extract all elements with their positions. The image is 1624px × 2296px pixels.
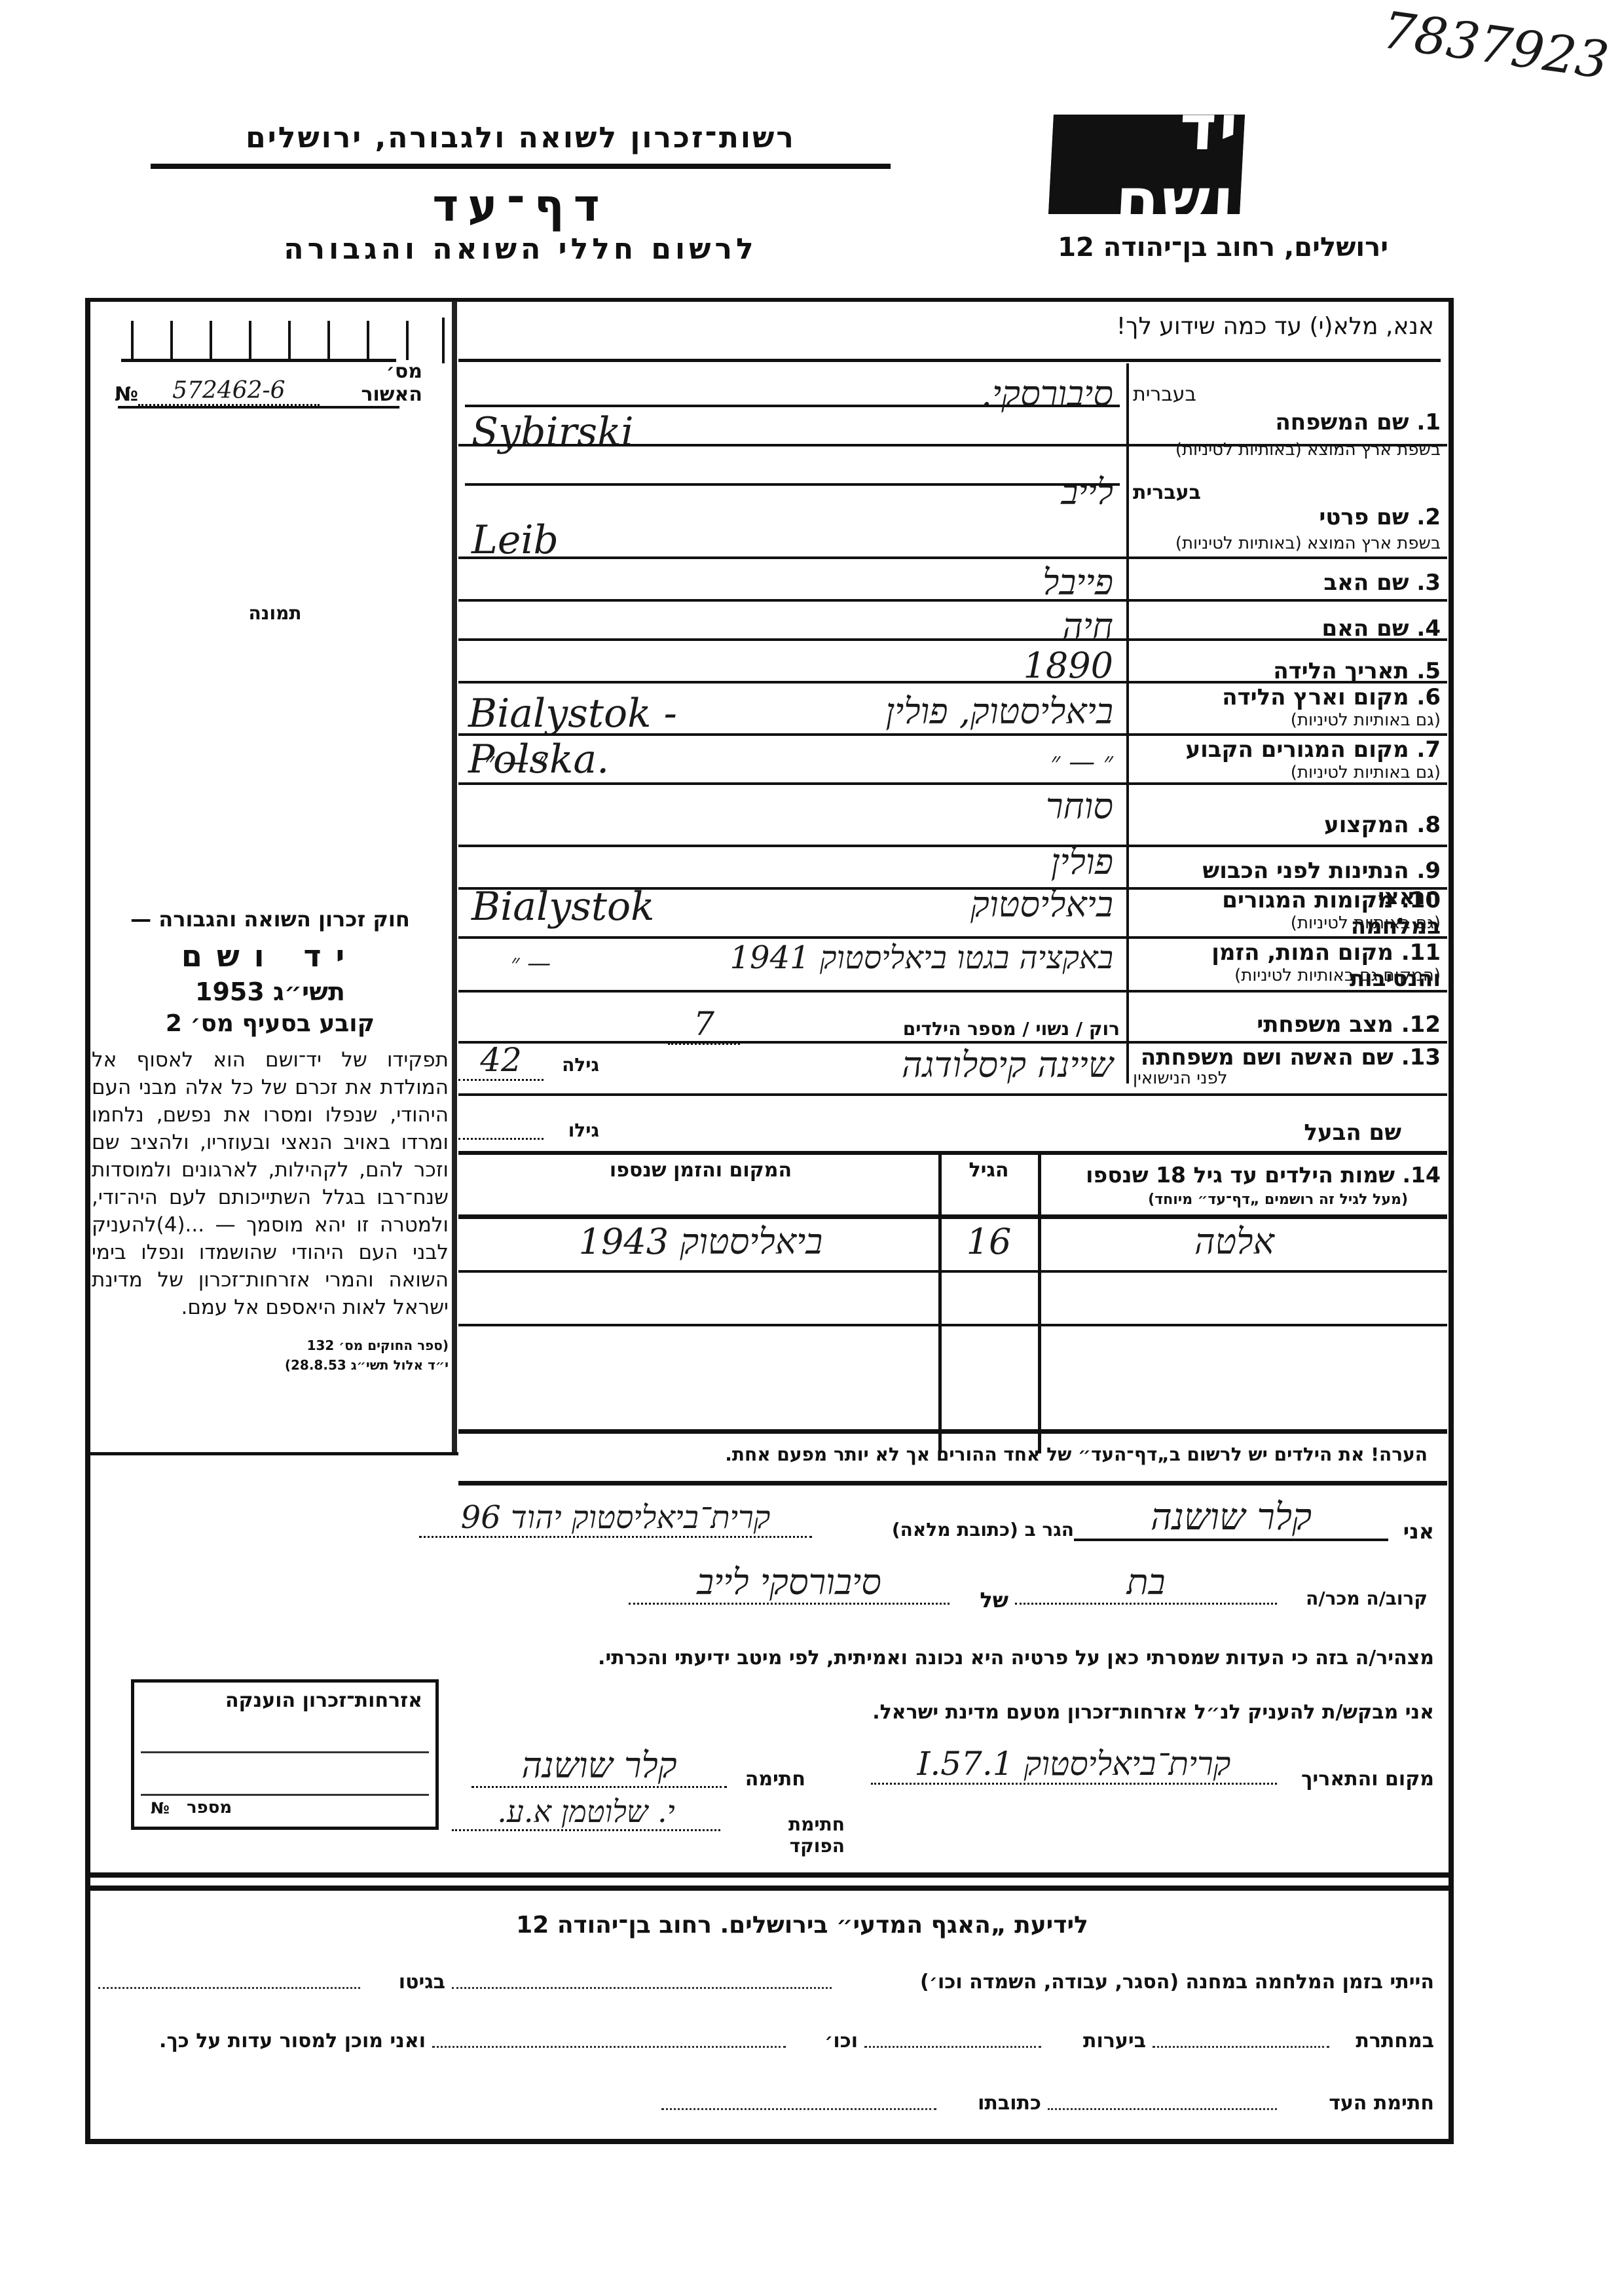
label-column-divider xyxy=(1126,363,1129,1084)
child-age-field[interactable]: 16 xyxy=(943,1221,1035,1262)
field-label-wife-name: 13. שם האשה ושם משפחתה xyxy=(1136,1044,1441,1070)
field-sub-death-place: (המקום גם באותיות לטיניות) xyxy=(1133,966,1441,985)
yad-vashem-logo: יד ושם xyxy=(1048,115,1245,214)
divider xyxy=(458,1041,1447,1044)
place-date-label: מקום והתאריך xyxy=(1283,1768,1434,1791)
child-name-field[interactable] xyxy=(1048,1329,1421,1381)
declarant-address-field[interactable]: קרית־ביאליסטוק יהוד 96 xyxy=(419,1499,812,1538)
divider xyxy=(458,733,1447,736)
death-place-field[interactable]: באקציה בגטו ביאליסטוק 1941 xyxy=(576,939,1113,976)
approval-number-field[interactable]: 572462-6 xyxy=(138,377,319,406)
relative-of-field[interactable]: סיבורסקי לייב xyxy=(629,1561,950,1605)
field-label-birth-place: 6. מקום וארץ הלידה xyxy=(1136,684,1441,710)
divider xyxy=(458,936,1447,939)
column-divider xyxy=(1038,1152,1041,1453)
tick-mark xyxy=(442,318,445,363)
other-field[interactable] xyxy=(432,2046,786,2048)
divider xyxy=(141,1751,429,1753)
approval-divider xyxy=(118,406,399,409)
section-divider xyxy=(88,1872,1450,1878)
form-title: דף־עד xyxy=(151,180,891,232)
field-sub-residence: (גם באותיות לטיניות) xyxy=(1133,763,1441,782)
divider xyxy=(458,990,1447,993)
children-label: 14. שמות הילדים עד גיל 18 שנספו xyxy=(1041,1162,1441,1188)
ghetto-label: בגיטו xyxy=(367,1971,445,1994)
hebrew-tag: בעברית xyxy=(1133,481,1329,504)
wife-name-field[interactable]: שיינה קיסלודגה xyxy=(688,1044,1113,1085)
field-label-mother-name: 4. שם האם xyxy=(1136,615,1441,642)
birth-place-hebrew-field[interactable]: ביאליסטוק, פולין xyxy=(786,691,1113,732)
number-sign: № xyxy=(151,1799,170,1817)
declarant-name-field[interactable]: קלר שושנה xyxy=(1074,1496,1388,1541)
form-subtitle: לרשום חללי השואה והגבורה xyxy=(151,232,891,266)
law-name: יד ושם xyxy=(92,938,449,974)
divider xyxy=(88,1452,458,1455)
profession-field[interactable]: סוחר xyxy=(720,786,1113,827)
field-sub-wartime-residence: (גם באותיות לטיניות) xyxy=(1133,913,1441,933)
field-sub-family-name: בשפת ארץ המוצא (באותיות לטיניות) xyxy=(1133,440,1441,460)
etc-label: וכו׳ xyxy=(792,2030,858,2052)
child-name-field[interactable] xyxy=(1048,1277,1421,1322)
tick-mark xyxy=(170,321,173,360)
residence-latin-field[interactable]: ״ — ״ xyxy=(485,746,616,777)
law-source-line2: י״ד אלול תשי״ג 28.8.53) xyxy=(92,1355,449,1375)
law-year: תשי״ג 1953 xyxy=(92,977,449,1006)
medal-number-label: מספר xyxy=(187,1798,232,1817)
declarant-label: אני xyxy=(1395,1519,1434,1544)
relation-field[interactable]: בת xyxy=(1015,1561,1277,1605)
forests-label: ביערות xyxy=(1048,2030,1146,2052)
header-divider xyxy=(151,164,891,169)
field-sub-wife-name: לפני הנישואין xyxy=(1133,1068,1441,1088)
witness-address-field[interactable] xyxy=(661,2108,936,2110)
children-sub: (מעל לגיל זה רושמים „דף־עד״ מיוחד) xyxy=(1041,1192,1408,1208)
authority-name: רשות־זכרון לשואה ולגבורה, ירושלים xyxy=(151,121,891,155)
logo-text: יד ושם xyxy=(1051,91,1242,238)
tick-mark xyxy=(406,321,409,360)
field-label-marital-status: 12. מצב משפחתי xyxy=(1136,1011,1441,1038)
law-section: קובע בסעיף מס׳ 2 xyxy=(92,1010,449,1037)
field-label-first-name: 2. שם פרטי xyxy=(1136,504,1441,530)
divider xyxy=(458,1151,1447,1155)
residing-label: הגר ב (כתובת מלאה) xyxy=(812,1519,1074,1540)
child-death-place-field[interactable] xyxy=(465,1329,936,1381)
residence-hebrew-field[interactable]: ״ — ״ xyxy=(982,746,1113,777)
approval-label: מס׳ האשור xyxy=(320,360,422,406)
child-death-place-field[interactable]: ביאליסטוק 1943 xyxy=(465,1221,936,1262)
law-source-line1: (ספר החוקים מס׳ 132 xyxy=(92,1336,449,1355)
photo-area-label: תמונה xyxy=(216,602,334,624)
approval-number-row: מס׳ האשור 572462-6 № xyxy=(115,380,422,406)
field-sub-birth-place: (גם באותיות לטיניות) xyxy=(1133,710,1441,730)
divider xyxy=(141,1794,429,1796)
section-divider xyxy=(88,1886,1450,1891)
medal-box-title: אזרחות־זכרון הוענקה xyxy=(225,1689,422,1712)
testimony-offer: ואני מוכן למסור עדות על כך. xyxy=(98,2030,426,2052)
tick-mark xyxy=(367,321,369,360)
field-sub-first-name: בשפת ארץ המוצא (באותיות לטיניות) xyxy=(1133,534,1441,553)
children-note: הערה! את הילדים יש לרשום ב„דף־העד״ של אח… xyxy=(458,1444,1428,1465)
tick-mark xyxy=(131,321,134,360)
divider xyxy=(458,556,1447,559)
divider xyxy=(465,405,1120,407)
divider xyxy=(458,1324,1447,1326)
birth-date-field[interactable]: 1890 xyxy=(720,645,1113,686)
divider xyxy=(458,1429,1447,1434)
wartime-residence-latin-field[interactable]: Bialystok xyxy=(471,884,799,930)
officer-signature-field[interactable]: י. שלוטמן א.ע. xyxy=(452,1794,720,1831)
divider xyxy=(458,681,1447,683)
law-body: תפקידו של יד־ושם הוא לאסוף אל המולדת את … xyxy=(92,1046,449,1321)
field-label-profession: 8. המקצוע xyxy=(1136,812,1441,838)
signature-label: חתימה xyxy=(733,1768,805,1791)
number-sign: № xyxy=(115,383,138,406)
divider xyxy=(465,483,1120,486)
hebrew-tag: בעברית xyxy=(1133,383,1329,406)
of-label: של xyxy=(956,1588,1008,1613)
ghetto-name-field[interactable] xyxy=(98,1987,360,1989)
father-name-field[interactable]: פייבל xyxy=(720,562,1113,603)
forests-field[interactable] xyxy=(864,2046,1041,2048)
field-label-family-name: 1. שם המשפחה xyxy=(1136,409,1441,435)
death-place-latin-field[interactable]: ״ — xyxy=(511,949,589,977)
form-instruction: אנא, מלא(י) עד כמה שידוע לך! xyxy=(655,313,1434,340)
tick-mark xyxy=(210,321,212,360)
field-label-husband-name: שם הבעל xyxy=(1136,1120,1441,1146)
wife-age-field[interactable]: 42 xyxy=(458,1041,544,1081)
relation-label: קרוב/ה מכר/ה xyxy=(1283,1588,1428,1609)
child-age-field[interactable] xyxy=(943,1329,1035,1381)
child-name-field[interactable]: אלטה xyxy=(1048,1221,1421,1262)
field-label-father-name: 3. שם האב xyxy=(1136,570,1441,596)
column-divider xyxy=(938,1152,942,1453)
divider xyxy=(458,444,1447,446)
declaration-statement: מצהיר/ה בזה כי העדות שמסרתי כאן על פרטיה… xyxy=(458,1647,1434,1669)
underground-label: במחתרת xyxy=(1336,2030,1434,2052)
first-name-hebrew-field[interactable]: לייב xyxy=(720,471,1113,513)
husband-age-field[interactable] xyxy=(458,1131,544,1140)
family-name-hebrew-field[interactable]: סיבורסקי. xyxy=(720,373,1113,414)
divider xyxy=(458,638,1447,641)
witness-signature-label: חתימת העד xyxy=(1283,2092,1434,2115)
divider xyxy=(458,1270,1447,1273)
children-col-age: הגיל xyxy=(943,1159,1035,1182)
children-col-place: המקום והזמן שנספו xyxy=(458,1159,943,1182)
children-count-field[interactable]: 7 xyxy=(668,1005,740,1045)
witness-address-label: כתובתו xyxy=(943,2092,1041,2115)
place-date-field[interactable]: קרית־ביאליסטוק 1.I.57 xyxy=(871,1745,1277,1785)
law-excerpt: חוק זכרון השואה והגבורה — יד ושם תשי״ג 1… xyxy=(92,907,449,1375)
citizenship-request: אני מבקש/ת להעניק לנ״ל אזרחות־זכרון מטעם… xyxy=(720,1701,1434,1724)
signature-field[interactable]: קלר שושנה xyxy=(471,1745,727,1788)
divider xyxy=(458,1093,1447,1096)
child-age-field[interactable] xyxy=(943,1277,1035,1322)
marital-options: רוק / נשוי / מספר הילדים xyxy=(740,1018,1120,1040)
tick-mark xyxy=(249,321,251,360)
divider xyxy=(458,599,1447,602)
archive-number: 7837923 xyxy=(1378,1,1612,90)
field-label-birth-date: 5. תאריך הלידה xyxy=(1136,658,1441,684)
memorial-citizenship-box: אזרחות־זכרון הוענקה № מספר xyxy=(131,1679,439,1830)
underground-field[interactable] xyxy=(1153,2046,1329,2048)
logo-address: ירושלים, רחוב בן־יהודה 12 xyxy=(1022,232,1388,263)
tick-mark xyxy=(288,321,291,360)
husband-age-label: גילו xyxy=(547,1120,599,1141)
divider xyxy=(458,782,1447,785)
camp-name-field[interactable] xyxy=(452,1987,832,1989)
family-name-latin-field[interactable]: Sybirski xyxy=(471,409,864,455)
field-label-residence: 7. מקום המגורים הקבוע xyxy=(1136,737,1441,763)
citizenship-field[interactable]: פולין xyxy=(720,841,1113,883)
child-death-place-field[interactable] xyxy=(465,1277,936,1322)
divider xyxy=(458,1214,1447,1219)
footer-heading: לידיעת „האגף המדעי״ בירושלים. רחוב בן־יה… xyxy=(426,1912,1179,1939)
camp-statement: הייתי בזמן המלחמה במחנה (הסגר, עבודה, הש… xyxy=(838,1971,1434,1994)
witness-signature-field[interactable] xyxy=(1048,2108,1277,2110)
law-title: חוק זכרון השואה והגבורה — xyxy=(92,907,449,932)
left-column-divider xyxy=(452,301,457,1453)
tick-mark xyxy=(327,321,330,360)
officer-signature-label: חתימת הפוקד xyxy=(727,1813,845,1857)
divider xyxy=(458,1481,1447,1485)
wife-age-label: גילה xyxy=(547,1054,599,1076)
divider xyxy=(458,359,1441,362)
